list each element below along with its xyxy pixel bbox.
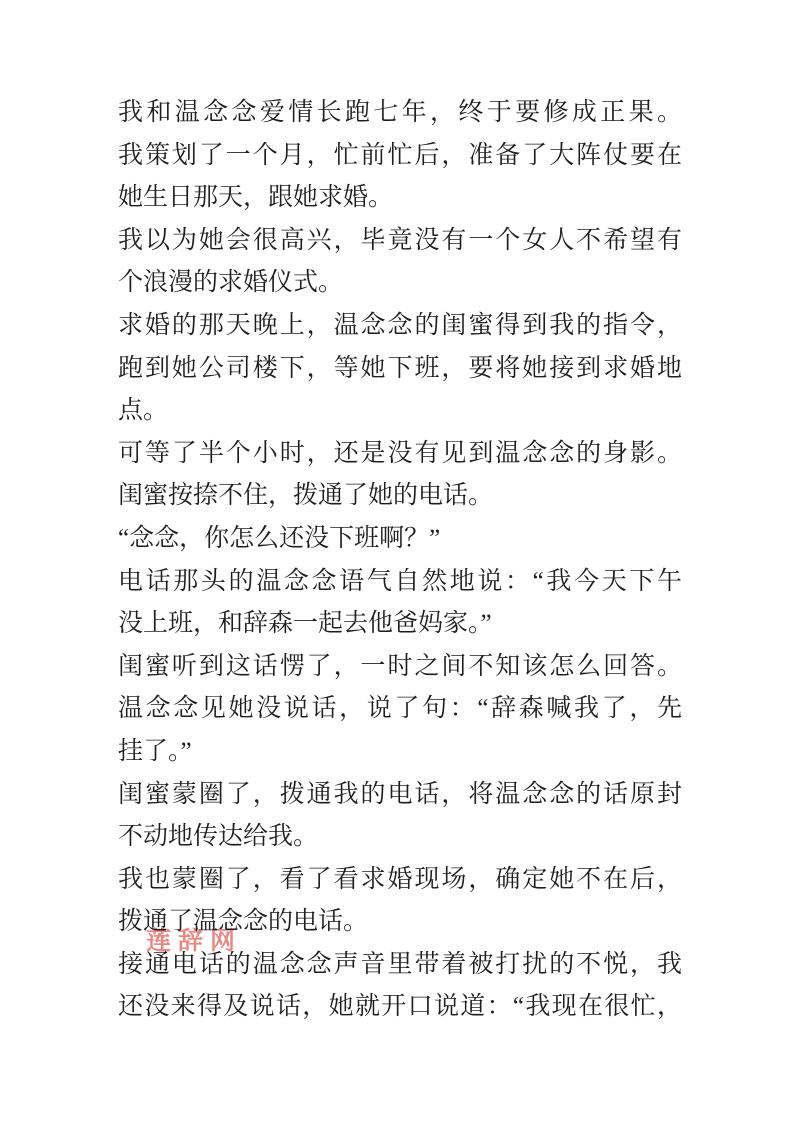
text-line: 我以为她会很高兴，毕竟没有一个女人不希望有 bbox=[118, 220, 682, 263]
text-line: “念念，你怎么还没下班啊？” bbox=[118, 518, 682, 561]
text-line: 我和温念念爱情长跑七年，终于要修成正果。 bbox=[118, 92, 682, 135]
text-line: 闺蜜蒙圈了，拨通我的电话，将温念念的话原封 bbox=[118, 774, 682, 817]
text-line: 没上班，和辞森一起去他爸妈家。” bbox=[118, 603, 682, 646]
text-line: 闺蜜听到这话愣了，一时之间不知该怎么回答。 bbox=[118, 646, 682, 689]
text-line: 求婚的那天晚上，温念念的闺蜜得到我的指令， bbox=[118, 305, 682, 348]
text-line: 拨通了温念念的电话。 bbox=[118, 901, 682, 944]
text-line: 电话那头的温念念语气自然地说：“我今天下午 bbox=[118, 561, 682, 604]
text-line: 闺蜜按捺不住，拨通了她的电话。 bbox=[118, 475, 682, 518]
text-line: 还没来得及说话，她就开口说道：“我现在很忙， bbox=[118, 986, 682, 1029]
text-line: 温念念见她没说话，说了句：“辞森喊我了，先 bbox=[118, 688, 682, 731]
text-line: 跑到她公司楼下，等她下班，要将她接到求婚地 bbox=[118, 348, 682, 391]
text-line: 个浪漫的求婚仪式。 bbox=[118, 262, 682, 305]
document-page: 莲辞网 我和温念念爱情长跑七年，终于要修成正果。我策划了一个月，忙前忙后，准备了… bbox=[0, 0, 800, 1132]
text-line: 可等了半个小时，还是没有见到温念念的身影。 bbox=[118, 433, 682, 476]
text-line: 不动地传达给我。 bbox=[118, 816, 682, 859]
text-line: 她生日那天，跟她求婚。 bbox=[118, 177, 682, 220]
text-line: 接通电话的温念念声音里带着被打扰的不悦，我 bbox=[118, 944, 682, 987]
text-line: 点。 bbox=[118, 390, 682, 433]
text-line: 我也蒙圈了，看了看求婚现场，确定她不在后， bbox=[118, 859, 682, 902]
text-line: 我策划了一个月，忙前忙后，准备了大阵仗要在 bbox=[118, 135, 682, 178]
story-text: 我和温念念爱情长跑七年，终于要修成正果。我策划了一个月，忙前忙后，准备了大阵仗要… bbox=[118, 92, 682, 1029]
text-line: 挂了。” bbox=[118, 731, 682, 774]
